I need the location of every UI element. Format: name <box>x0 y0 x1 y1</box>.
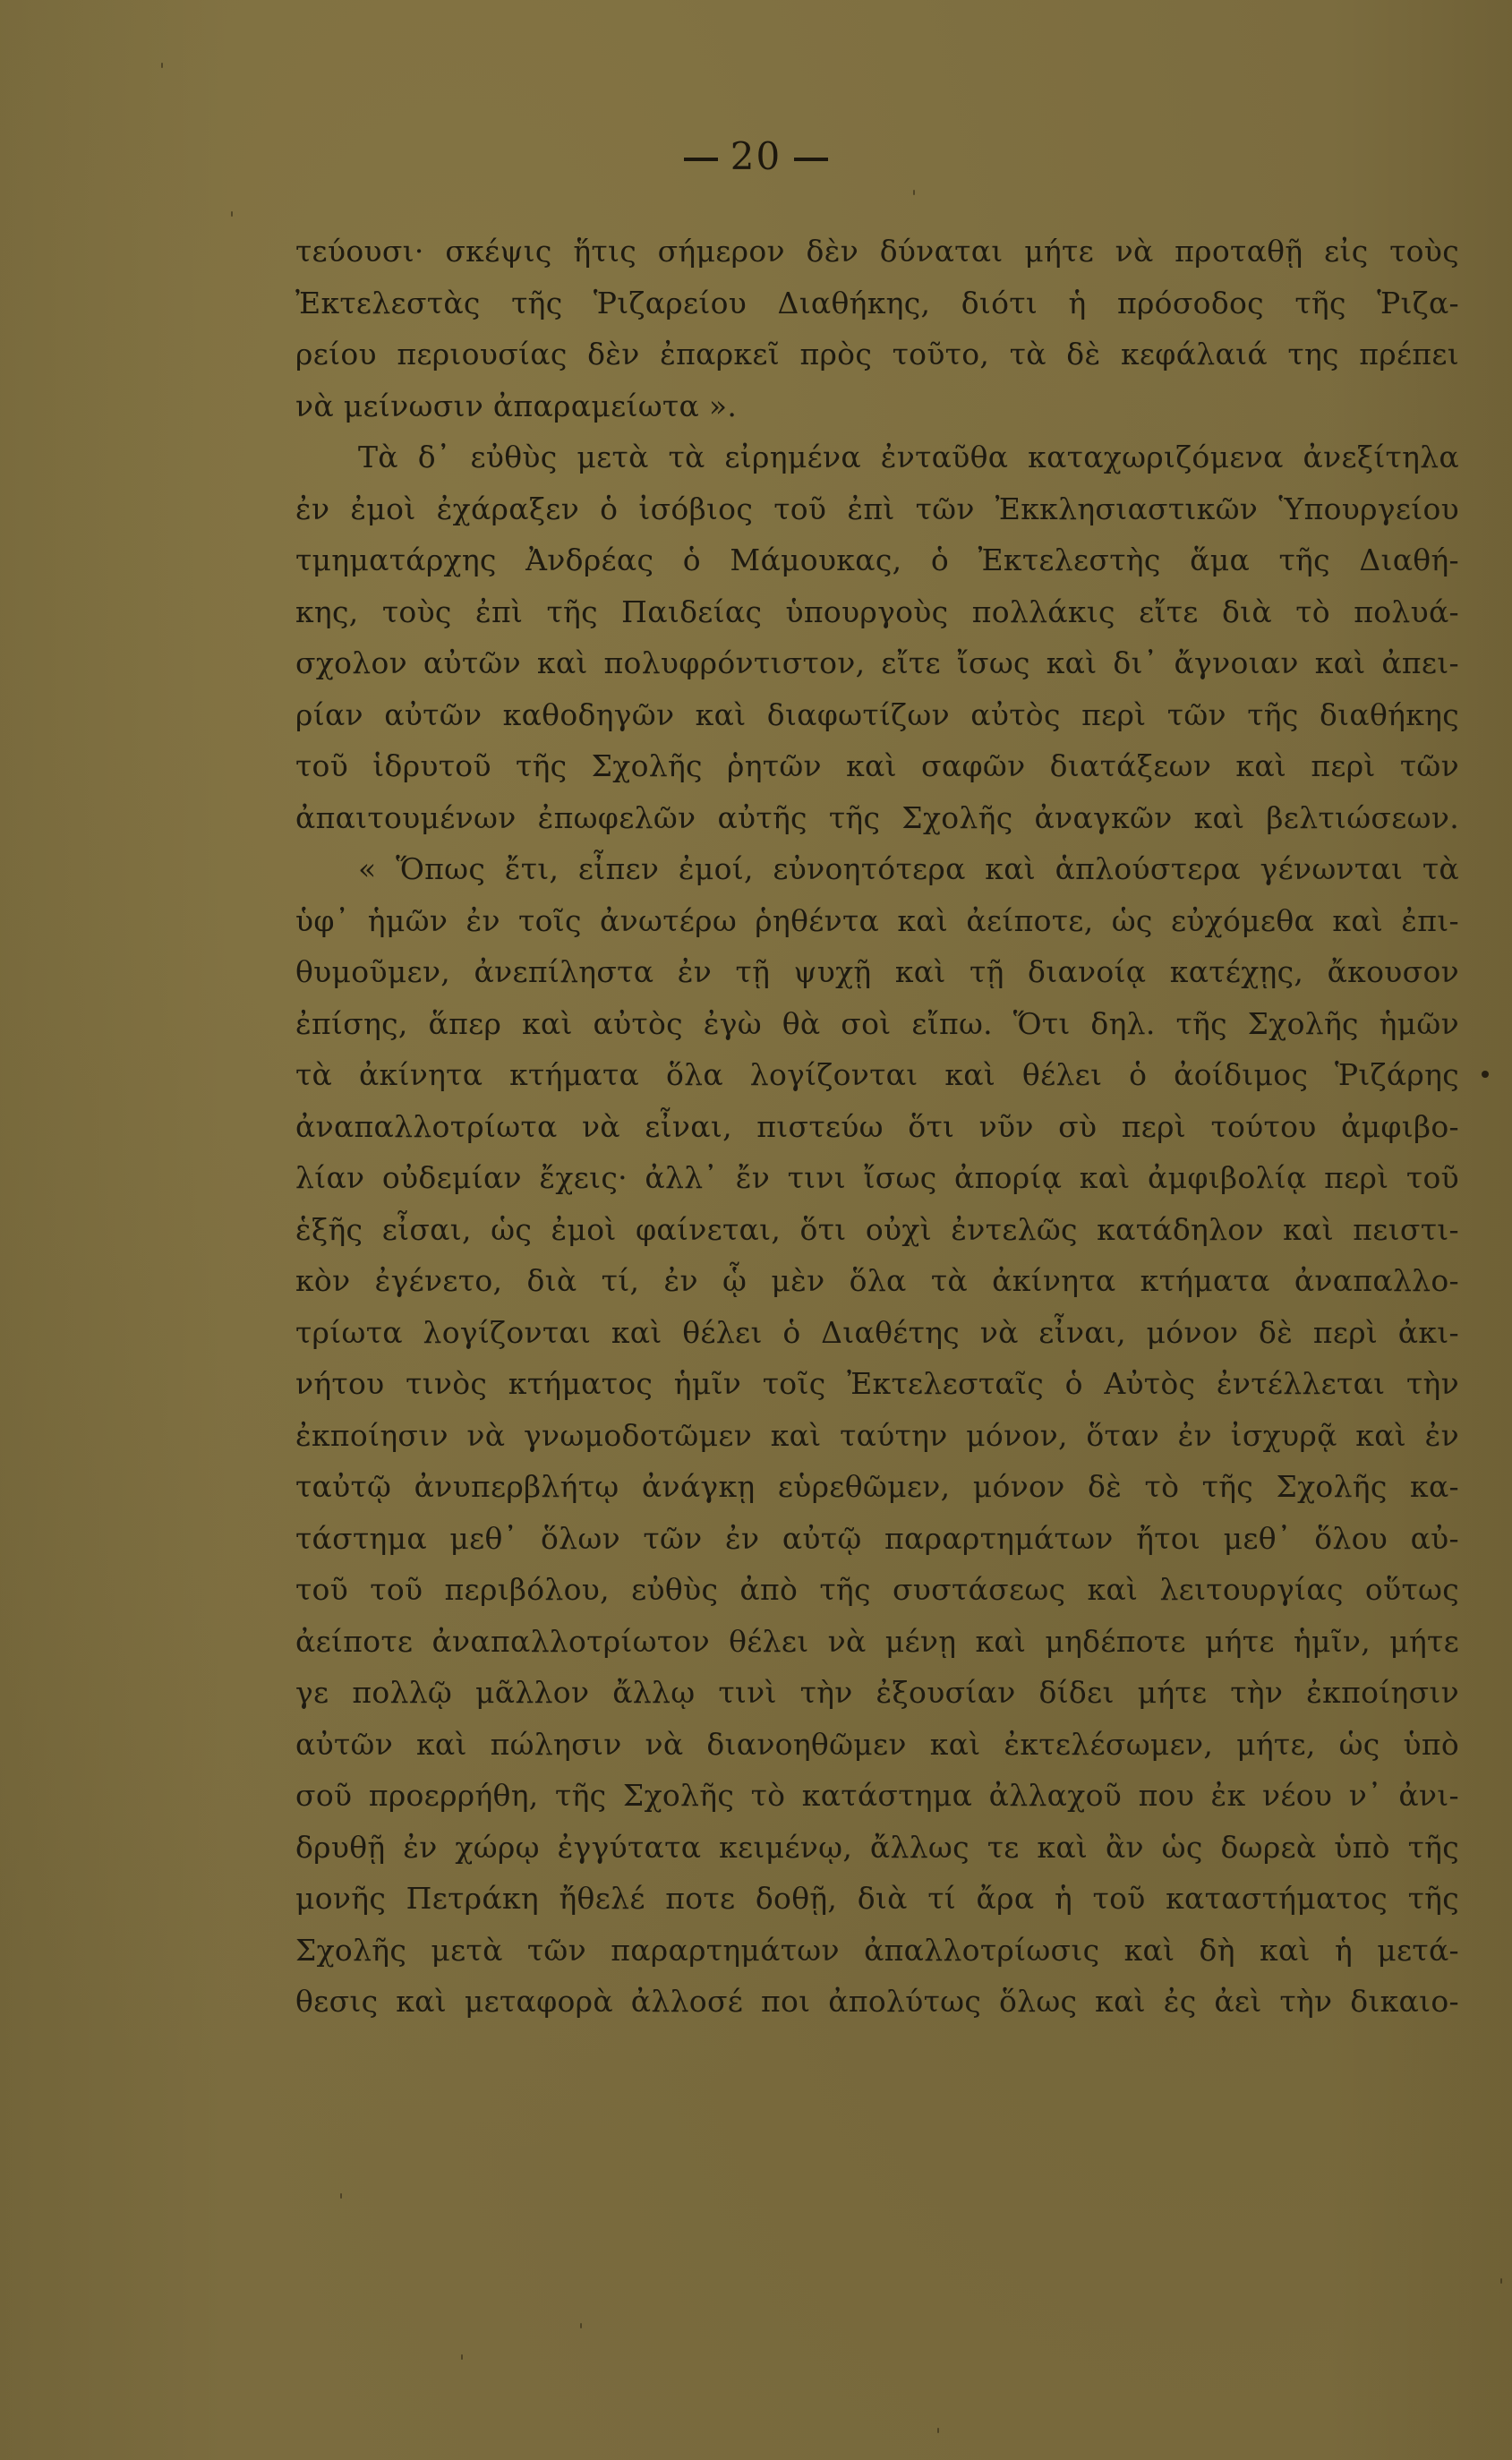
paper-speck <box>231 211 233 217</box>
text-line: τρίωτα λογίζονται καὶ θέλει ὁ Διαθέτης ν… <box>295 1307 1459 1359</box>
paper-speck <box>161 63 163 68</box>
page-number-value: 20 <box>730 134 782 178</box>
text-line: νήτου τινὸς κτήματος ἡμῖν τοῖς Ἐκτελεστα… <box>295 1358 1459 1410</box>
text-line: σοῦ προερρήθη, τῆς Σχολῆς τὸ κατάστημα ἀ… <box>295 1770 1459 1822</box>
text-line: ἑξῆς εἶσαι, ὡς ἐμοὶ φαίνεται, ὅτι οὐχὶ ἐ… <box>295 1204 1459 1256</box>
text-line: μονῆς Πετράκη ἤθελέ ποτε δοθῇ, διὰ τί ἄρ… <box>295 1873 1459 1925</box>
text-line: Ἐκτελεστὰς τῆς Ῥιζαρείου Διαθήκης, διότι… <box>295 278 1459 329</box>
page-number: 20 <box>0 134 1512 178</box>
text-line: θυμοῦμεν, ἀνεπίληστα ἐν τῇ ψυχῇ καὶ τῇ δ… <box>295 946 1459 998</box>
text-line: τὰ ἀκίνητα κτήματα ὅλα λογίζονται καὶ θέ… <box>295 1049 1459 1101</box>
dash-right <box>794 158 828 161</box>
text-line: Τὰ δ᾽ εὐθὺς μετὰ τὰ εἰρημένα ἐνταῦθα κατ… <box>295 431 1459 483</box>
text-line: ἐκποίησιν νὰ γνωμοδοτῶμεν καὶ ταύτην μόν… <box>295 1410 1459 1462</box>
scanned-page: 20 τεύουσι· σκέψις ἥτις σήμερον δὲν δύνα… <box>0 0 1512 2460</box>
paper-speck <box>461 2354 463 2360</box>
text-line: ταὐτῷ ἀνυπερβλήτῳ ἀνάγκῃ εὑρεθῶμεν, μόνο… <box>295 1461 1459 1513</box>
text-line: « Ὅπως ἔτι, εἶπεν ἐμοί, εὐνοητότερα καὶ … <box>295 843 1459 895</box>
text-line: αὐτῶν καὶ πώλησιν νὰ διανοηθῶμεν καὶ ἐκτ… <box>295 1719 1459 1771</box>
body-text: τεύουσι· σκέψις ἥτις σήμερον δὲν δύναται… <box>295 226 1459 2028</box>
text-line: θεσις καὶ μεταφορὰ ἀλλοσέ ποι ἀπολύτως ὅ… <box>295 1976 1459 2028</box>
text-line: σχολον αὐτῶν καὶ πολυφρόντιστον, εἴτε ἴσ… <box>295 637 1459 689</box>
text-line: ἐν ἐμοὶ ἐχάραξεν ὁ ἰσόβιος τοῦ ἐπὶ τῶν Ἐ… <box>295 483 1459 535</box>
text-line: ἐπίσης, ἅπερ καὶ αὐτὸς ἐγὼ θὰ σοὶ εἴπω. … <box>295 998 1459 1050</box>
text-line: ἀείποτε ἀναπαλλοτρίωτον θέλει νὰ μένῃ κα… <box>295 1616 1459 1668</box>
text-line: δρυθῇ ἐν χώρῳ ἐγγύτατα κειμένῳ, ἄλλως τε… <box>295 1822 1459 1874</box>
text-line: Σχολῆς μετὰ τῶν παραρτημάτων ἀπαλλοτρίωσ… <box>295 1925 1459 1977</box>
text-line: νὰ μείνωσιν ἀπαραμείωτα ». <box>295 380 1459 432</box>
text-line: τάστημα μεθ᾽ ὅλων τῶν ἐν αὐτῷ παραρτημάτ… <box>295 1513 1459 1565</box>
text-line: τεύουσι· σκέψις ἥτις σήμερον δὲν δύναται… <box>295 226 1459 278</box>
text-line: ρείου περιουσίας δὲν ἐπαρκεῖ πρὸς τοῦτο,… <box>295 329 1459 380</box>
text-line: κὸν ἐγένετο, διὰ τί, ἐν ᾧ μὲν ὅλα τὰ ἀκί… <box>295 1255 1459 1307</box>
paper-speck <box>580 2323 582 2328</box>
text-line: ὑφ᾽ ἡμῶν ἐν τοῖς ἀνωτέρω ῥηθέντα καὶ ἀεί… <box>295 895 1459 947</box>
text-line: κης, τοὺς ἐπὶ τῆς Παιδείας ὑπουργοὺς πολ… <box>295 586 1459 638</box>
paper-speck <box>1500 2278 1502 2284</box>
text-line: γε πολλῷ μᾶλλον ἄλλῳ τινὶ τὴν ἐξουσίαν δ… <box>295 1667 1459 1719</box>
text-line: ἀναπαλλοτρίωτα νὰ εἶναι, πιστεύω ὅτι νῦν… <box>295 1101 1459 1153</box>
text-line: τοῦ ἱδρυτοῦ τῆς Σχολῆς ῥητῶν καὶ σαφῶν δ… <box>295 740 1459 792</box>
paper-speck <box>340 2193 342 2199</box>
text-line: λίαν οὐδεμίαν ἔχεις· ἀλλ᾽ ἔν τινι ἴσως ἀ… <box>295 1152 1459 1204</box>
text-line: τοῦ τοῦ περιβόλου, εὐθὺς ἀπὸ τῆς συστάσε… <box>295 1564 1459 1616</box>
text-line: ἀπαιτουμένων ἐπωφελῶν αὐτῆς τῆς Σχολῆς ἀ… <box>295 792 1459 844</box>
text-line: τμηματάρχης Ἀνδρέας ὁ Μάμουκας, ὁ Ἐκτελε… <box>295 534 1459 586</box>
margin-ink-dot <box>1482 1071 1489 1078</box>
paper-speck <box>937 2428 939 2433</box>
text-line: ρίαν αὐτῶν καθοδηγῶν καὶ διαφωτίζων αὐτὸ… <box>295 689 1459 741</box>
dash-left <box>684 158 718 161</box>
paper-speck <box>913 190 915 195</box>
